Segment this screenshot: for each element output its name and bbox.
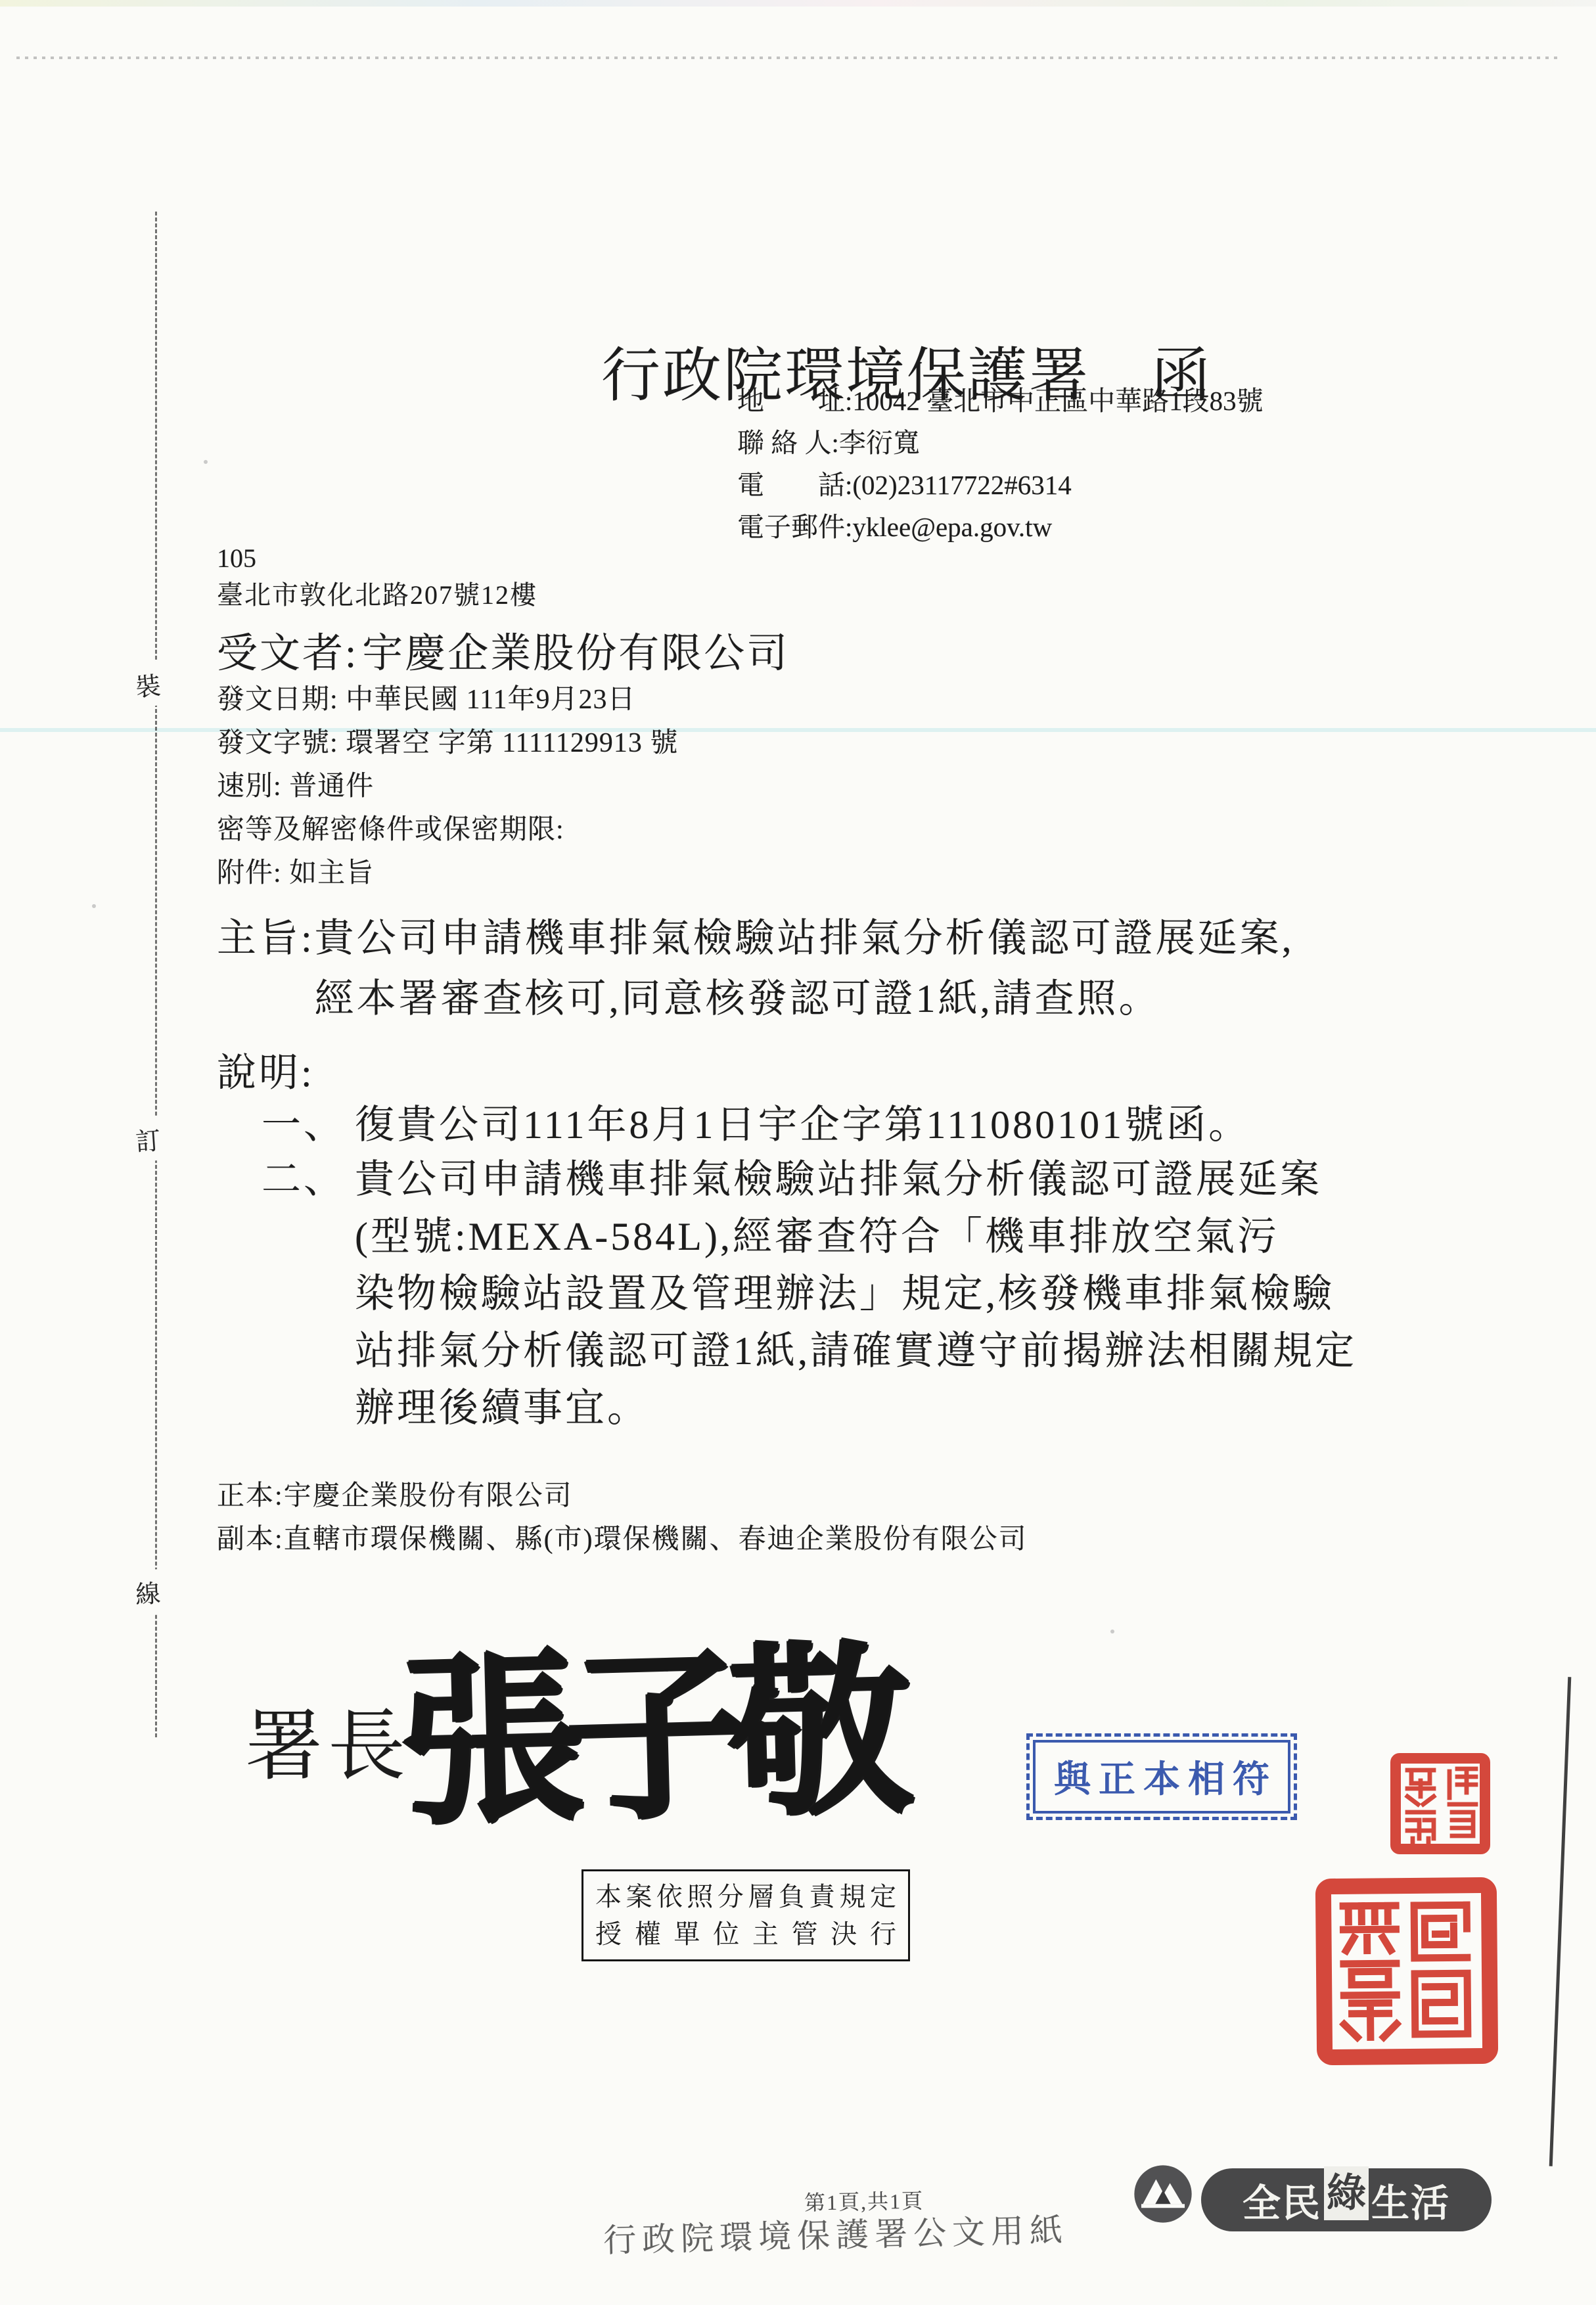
recipient-address: 臺北市敦化北路207號12樓 [217,574,537,612]
certified-copy-stamp-text: 與正本相符 [1046,1750,1277,1803]
item-line: (型號:MEXA-584L),經審查符合「機車排放空氣污 [355,1208,1357,1266]
sender-email-value: yklee@epa.gov.tw [852,506,1052,548]
recipient-name: 宇慶企業股份有限公司 [362,631,789,676]
item-content: 復貴公司111年8月1日宇企字第111080101號函。 [355,1093,1250,1150]
item-line: 辦理後續事宜。 [355,1380,1357,1437]
item-line: 復貴公司111年8月1日宇企字第111080101號函。 [355,1093,1250,1150]
binding-mark: 線 [133,1569,162,1614]
sender-address-row: 地 址: 10042 臺北市中正區中華路1段83號 [737,380,1264,422]
logo-text-prefix: 全民 [1243,2172,1321,2227]
binding-mark: 裝 [132,661,164,708]
sender-phone-value: (02)23117722#6314 [852,464,1071,506]
sender-address-value: 10042 臺北市中正區中華路1段83號 [852,380,1263,422]
sender-address-label: 地 址: [737,380,852,422]
document-meta-block: 發文日期: 中華民國 111年9月23日 發文字號: 環署空 字第 111112… [217,678,678,895]
item-content: 貴公司申請機車排氣檢驗站排氣分析儀認可證展延案 (型號:MEXA-584L),經… [355,1151,1357,1437]
explanation-item-1: 一、 復貴公司111年8月1日宇企字第111080101號函。 [262,1093,1250,1150]
binding-dashed-line [155,212,157,1737]
authorization-line: 授權單位主管決行 [595,1917,896,1951]
sender-contact-value: 李衍寬 [839,422,920,464]
authorization-line: 本案依照分層負責規定 [595,1880,896,1914]
meta-doc-number: 發文字號: 環署空 字第 1111129913 號 [217,721,678,765]
copies-block: 正本: 宇慶企業股份有限公司 副本: 直轄市環保機關、縣(市)環保機關、春迪企業… [217,1474,1028,1561]
subject-label: 主旨: [217,908,315,1029]
agency-unit-seal-icon [1313,1876,1501,2066]
cc-copy-value: 直轄市環保機關、縣(市)環保機關、春迪企業股份有限公司 [284,1518,1028,1561]
scan-speck [1110,1630,1114,1633]
subject-content: 貴公司申請機車排氣檢驗站排氣分析儀認可證展延案, 經本署審查核可,同意核發認可證… [315,908,1294,1029]
logo-text-suffix: 生活 [1371,2172,1450,2227]
sender-contact-row: 聯 絡 人: 李衍寬 [737,422,1264,464]
sender-phone-row: 電 話: (02)23117722#6314 [737,464,1264,506]
green-life-logo: 全民 綠 生活 [1201,2168,1492,2231]
signature-title: 署長 [245,1683,411,1795]
recipient-line: 受文者:宇慶企業股份有限公司 [217,620,789,679]
item-marker: 一、 [262,1093,355,1150]
scanned-official-letter: 裝 訂 線 行政院環境保護署 函 地 址: 10042 臺北市中正區中華路1段8… [0,0,1596,2305]
scan-speck [92,904,96,908]
item-marker: 二、 [262,1151,355,1437]
binding-mark: 訂 [133,1116,164,1162]
subject-block: 主旨: 貴公司申請機車排氣檢驗站排氣分析儀認可證展延案, 經本署審查核可,同意核… [217,908,1294,1029]
footer-paper-name: 行政院環境保護署公文用紙 [603,2204,1068,2262]
certified-copy-stamp: 與正本相符 [1033,1740,1290,1814]
sender-email-row: 電子郵件: yklee@epa.gov.tw [737,506,1264,548]
sender-contact-block: 地 址: 10042 臺北市中正區中華路1段83號 聯 絡 人: 李衍寬 電 話… [737,380,1264,548]
sender-email-label: 電子郵件: [737,506,852,548]
recipient-postal-code: 105 [217,543,256,574]
scan-right-edge-shadow [1549,1677,1572,2166]
authorization-box: 本案依照分層負責規定 授權單位主管決行 [581,1869,910,1961]
explanation-label: 說明: [217,1041,315,1098]
item-line: 站排氣分析儀認可證1紙,請確實遵守前揭辦法相關規定 [355,1323,1357,1380]
scan-dotted-artifact-line [16,57,1561,59]
meta-security-class: 密等及解密條件或保密期限: [217,808,678,852]
original-copy-row: 正本: 宇慶企業股份有限公司 [217,1474,1028,1518]
subject-line: 經本署審查核可,同意核發認可證1紙,請查照。 [315,969,1294,1029]
signature-name-calligraphy: 張子敬 [396,1584,896,1860]
meta-speed-class: 速別: 普通件 [217,765,678,808]
subject-line: 貴公司申請機車排氣檢驗站排氣分析儀認可證展延案, [315,908,1294,969]
explanation-item-2: 二、 貴公司申請機車排氣檢驗站排氣分析儀認可證展延案 (型號:MEXA-584L… [262,1151,1357,1437]
sender-contact-label: 聯 絡 人: [737,422,839,464]
cc-copy-label: 副本: [217,1518,284,1561]
sender-phone-label: 電 話: [737,464,852,506]
original-copy-value: 宇慶企業股份有限公司 [284,1474,573,1518]
scan-edge-color-strip [0,0,1596,7]
scan-speck [204,460,208,464]
item-line: 貴公司申請機車排氣檢驗站排氣分析儀認可證展延案 [355,1151,1357,1208]
recipient-label: 受文者: [217,631,358,676]
epa-logo-icon [1133,2164,1193,2224]
logo-text-highlight: 綠 [1324,2166,1369,2220]
item-line: 染物檢驗站設置及管理辦法」規定,核發機車排氣檢驗 [355,1266,1357,1323]
meta-issue-date: 發文日期: 中華民國 111年9月23日 [217,678,678,721]
original-copy-label: 正本: [217,1474,284,1518]
personal-name-seal-icon [1389,1752,1492,1856]
cc-copy-row: 副本: 直轄市環保機關、縣(市)環保機關、春迪企業股份有限公司 [217,1518,1028,1561]
meta-attachment: 附件: 如主旨 [217,852,678,895]
